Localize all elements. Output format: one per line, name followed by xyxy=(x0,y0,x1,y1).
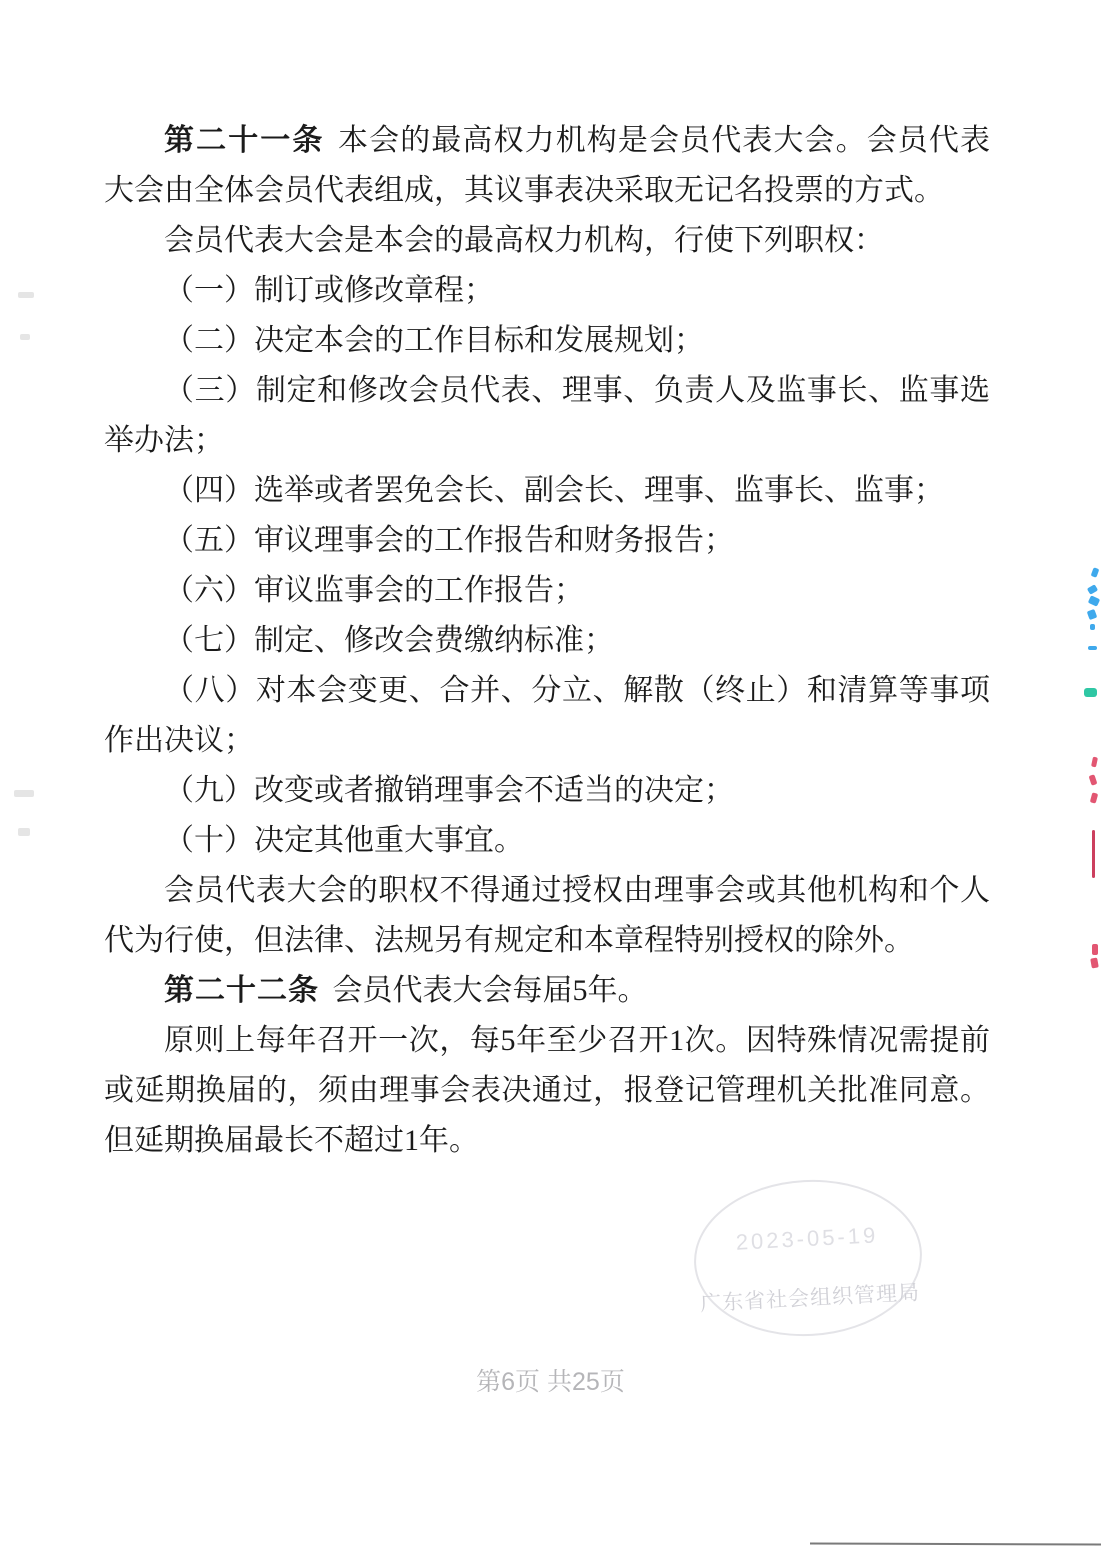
paragraph: （四）选举或者罢免会长、副会长、理事、监事长、监事； xyxy=(104,466,990,516)
stamp-date: 2023-05-19 xyxy=(694,1220,919,1258)
paragraph: （九）改变或者撤销理事会不适当的决定； xyxy=(104,766,990,816)
ink-mark-red-tick xyxy=(1092,944,1098,955)
document-page: 第二十一条本会的最高权力机构是会员代表大会。会员代表大会由全体会员代表组成，其议… xyxy=(0,0,1101,1557)
page-footer: 第6页 共25页 xyxy=(0,1362,1101,1398)
paragraph: （三）制定和修改会员代表、理事、负责人及监事长、监事选举办法； xyxy=(104,366,990,466)
paragraph: 会员代表大会是本会的最高权力机构，行使下列职权： xyxy=(104,216,990,266)
article-number: 第二十一条 xyxy=(164,124,325,157)
approval-stamp: 2023-05-19 广东省社会组织管理局 xyxy=(690,1174,926,1342)
ink-mark-blue-dash xyxy=(1088,646,1097,650)
paragraph: 第二十二条会员代表大会每届5年。 xyxy=(104,966,990,1016)
paragraph: 原则上每年召开一次，每5年至少召开1次。因特殊情况需提前或延期换届的，须由理事会… xyxy=(104,1016,990,1166)
paragraph: 第二十一条本会的最高权力机构是会员代表大会。会员代表大会由全体会员代表组成，其议… xyxy=(104,116,990,216)
ink-mark-red-line xyxy=(1092,830,1095,878)
scan-smudge xyxy=(14,790,34,797)
ink-mark-red-tick xyxy=(1091,757,1098,768)
document-body: 第二十一条本会的最高权力机构是会员代表大会。会员代表大会由全体会员代表组成，其议… xyxy=(104,116,990,1166)
stamp-agency: 广东省社会组织管理局 xyxy=(693,1276,926,1318)
scan-artifact-line xyxy=(810,1542,1101,1545)
ink-mark-blue-squiggle xyxy=(1087,584,1098,595)
paragraph: 会员代表大会的职权不得通过授权由理事会或其他机构和个人代为行使，但法律、法规另有… xyxy=(104,866,990,966)
article-number: 第二十二条 xyxy=(164,974,319,1007)
ink-mark-blue-tick xyxy=(1091,567,1100,578)
paragraph: （十）决定其他重大事宜。 xyxy=(104,816,990,866)
ink-mark-blue-dot xyxy=(1090,624,1095,630)
ink-mark-teal-blob xyxy=(1084,688,1097,697)
scan-smudge xyxy=(18,828,30,836)
paragraph: （八）对本会变更、合并、分立、解散（终止）和清算等事项作出决议； xyxy=(104,666,990,766)
ink-mark-blue-squiggle xyxy=(1087,609,1098,620)
ink-mark-red-tick xyxy=(1090,957,1099,968)
scan-smudge xyxy=(20,334,30,340)
paragraph: （二）决定本会的工作目标和发展规划； xyxy=(104,316,990,366)
paragraph: （一）制订或修改章程； xyxy=(104,266,990,316)
ink-mark-red-tick xyxy=(1089,774,1098,785)
paragraph: （六）审议监事会的工作报告； xyxy=(104,566,990,616)
paragraph: （七）制定、修改会费缴纳标准； xyxy=(104,616,990,666)
paragraph: （五）审议理事会的工作报告和财务报告； xyxy=(104,516,990,566)
ink-mark-red-tick xyxy=(1090,792,1098,803)
scan-smudge xyxy=(18,292,34,298)
ink-mark-blue-squiggle xyxy=(1088,595,1100,606)
